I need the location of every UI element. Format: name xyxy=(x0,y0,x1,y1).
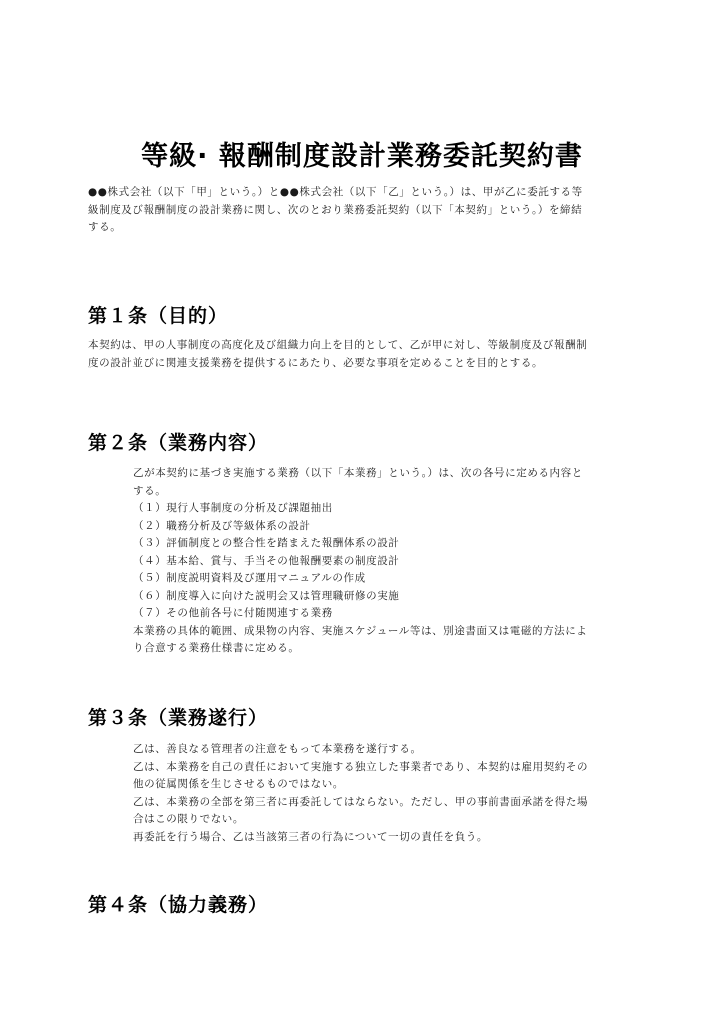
article-1-heading: 第１条（目的） xyxy=(88,301,228,328)
article-1-body: 本契約は、甲の人事制度の高度化及び組織力向上を目的として、乙が甲に対し、等級制度… xyxy=(88,337,648,372)
article-2-body: 乙が本契約に基づき実施する業務（以下「本業務」という。）は、次の各号に定める内容… xyxy=(133,465,643,658)
document-page: 等級· 報酬制度設計業務委託契約書 ●●株式会社（以下「甲」という。）と●●株式… xyxy=(0,0,724,1024)
list-item: （３）評価制度との整合性を踏まえた報酬体系の設計 xyxy=(133,535,643,553)
list-item: （４）基本給、賞与、手当その他報酬要素の制度設計 xyxy=(133,553,643,571)
list-item: （５）制度説明資料及び運用マニュアルの作成 xyxy=(133,570,643,588)
text-line: 級制度及び報酬制度の設計業務に関し、次のとおり業務委託契約（以下「本契約」という… xyxy=(88,202,648,220)
text-line: する。 xyxy=(88,219,648,237)
article-4-heading: 第４条（協力義務） xyxy=(88,890,268,917)
list-item: （７）その他前各号に付随関連する業務 xyxy=(133,605,643,623)
text-line: 本業務の具体的範囲、成果物の内容、実施スケジュール等は、別途書面又は電磁的方法に… xyxy=(133,623,643,641)
list-item: （１）現行人事制度の分析及び課題抽出 xyxy=(133,500,643,518)
text-line: り合意する業務仕様書に定める。 xyxy=(133,640,643,658)
text-line: 乙は、善良なる管理者の注意をもって本業務を遂行する。 xyxy=(133,741,643,759)
article-2-heading: 第２条（業務内容） xyxy=(88,428,268,455)
text-line: 乙は、本業務を自己の責任において実施する独立した事業者であり、本契約は雇用契約そ… xyxy=(133,759,643,777)
document-title: 等級· 報酬制度設計業務委託契約書 xyxy=(0,134,724,173)
text-line: 再委託を行う場合、乙は当該第三者の行為について一切の責任を負う。 xyxy=(133,829,643,847)
text-line: する。 xyxy=(133,483,643,501)
list-item: （６）制度導入に向けた説明会又は管理職研修の実施 xyxy=(133,588,643,606)
text-line: 乙が本契約に基づき実施する業務（以下「本業務」という。）は、次の各号に定める内容… xyxy=(133,465,643,483)
text-line: 合はこの限りでない。 xyxy=(133,811,643,829)
article-3-body: 乙は、善良なる管理者の注意をもって本業務を遂行する。 乙は、本業務を自己の責任に… xyxy=(133,741,643,846)
list-item: （２）職務分析及び等級体系の設計 xyxy=(133,518,643,536)
article-3-heading: 第３条（業務遂行） xyxy=(88,703,268,730)
text-line: ●●株式会社（以下「甲」という。）と●●株式会社（以下「乙」という。）は、甲が乙… xyxy=(88,184,648,202)
text-line: 度の設計並びに関連支援業務を提供するにあたり、必要な事項を定めることを目的とする… xyxy=(88,355,648,373)
text-line: 本契約は、甲の人事制度の高度化及び組織力向上を目的として、乙が甲に対し、等級制度… xyxy=(88,337,648,355)
text-line: 乙は、本業務の全部を第三者に再委託してはならない。ただし、甲の事前書面承諾を得た… xyxy=(133,794,643,812)
text-line: 他の従属関係を生じさせるものではない。 xyxy=(133,776,643,794)
intro-paragraph: ●●株式会社（以下「甲」という。）と●●株式会社（以下「乙」という。）は、甲が乙… xyxy=(88,184,648,237)
